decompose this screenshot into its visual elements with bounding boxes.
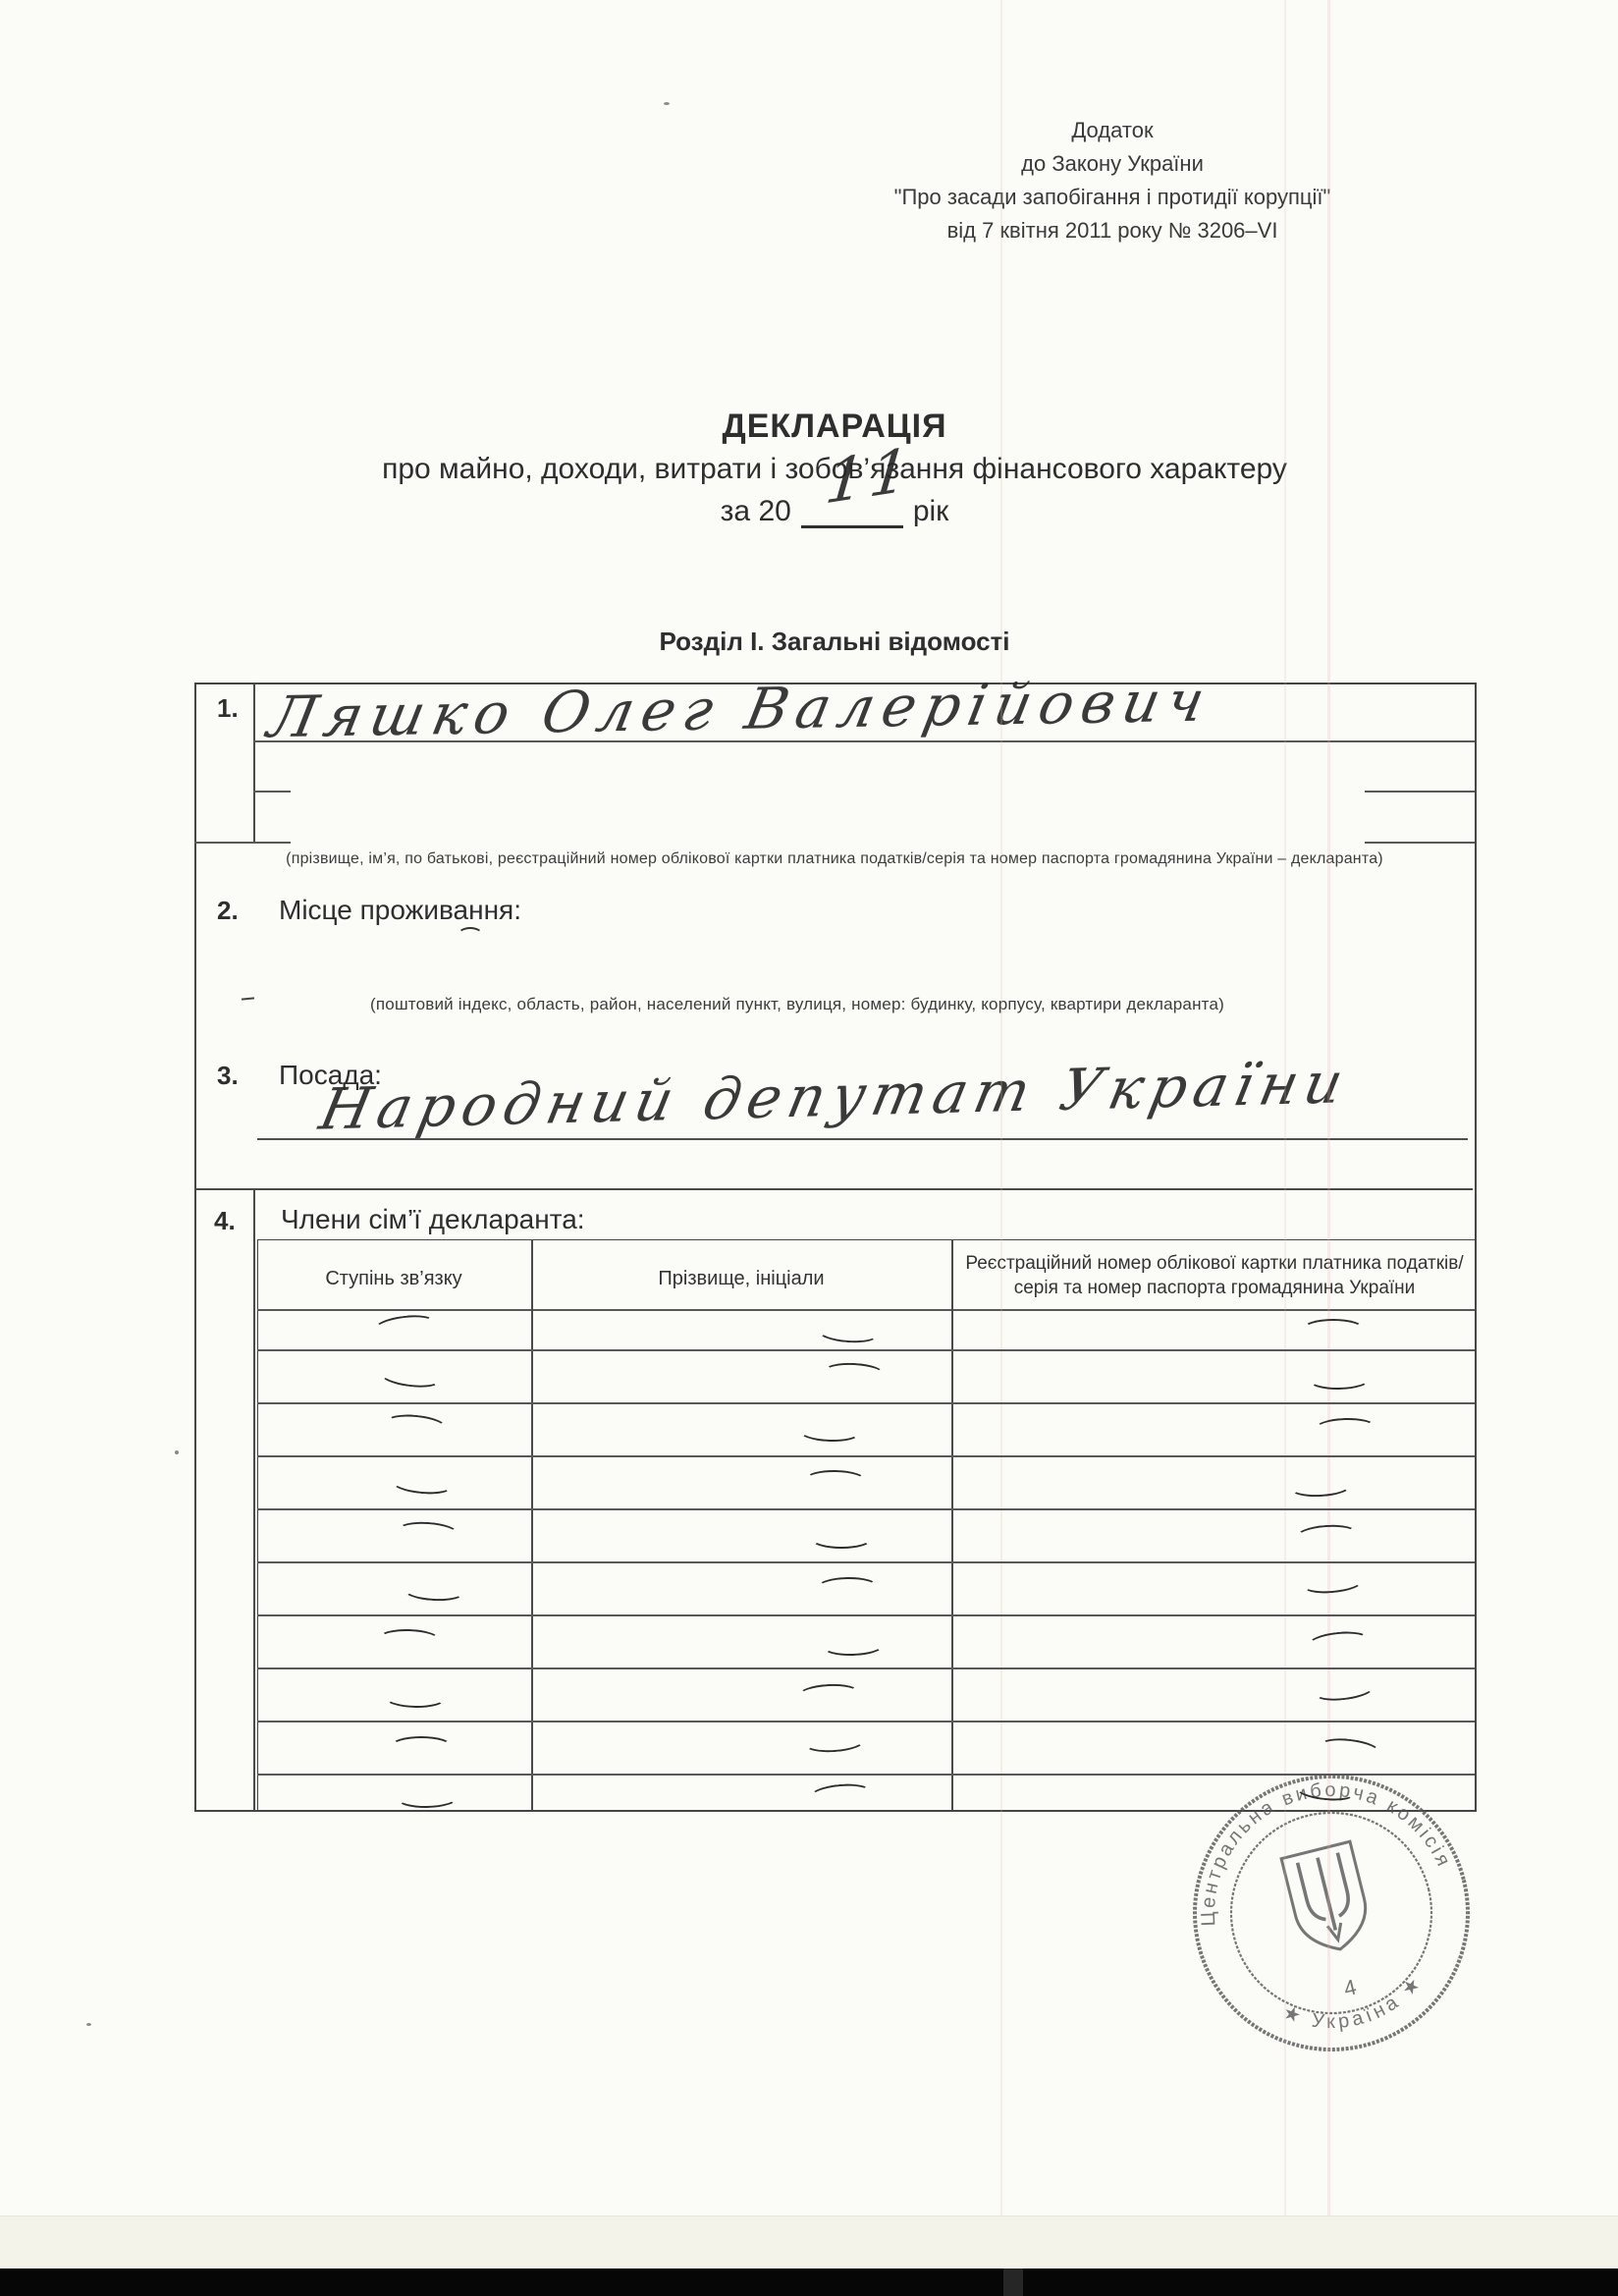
- table-header-bottom-line: [257, 1309, 1475, 1311]
- item1-rule-tick: [1365, 842, 1475, 844]
- item4-number-divider: [253, 1190, 255, 1810]
- annex-line: "Про засади запобігання і протидії коруп…: [837, 181, 1387, 214]
- item1-rule-tick: [1365, 791, 1475, 793]
- year-prefix: за 20: [721, 495, 791, 528]
- table-row-line: [257, 1774, 1475, 1776]
- table-row-line: [257, 1561, 1475, 1563]
- table-header-regnumber-line1: Реєстраційний номер облікової картки пла…: [964, 1251, 1465, 1276]
- item4-top-border: [194, 1188, 1473, 1190]
- item4-label: Члени сім’ї декларанта:: [281, 1204, 585, 1235]
- item4-number: 4.: [214, 1206, 236, 1236]
- item1-rule-tick: [194, 842, 291, 844]
- item1-caption: (прізвище, ім’я, по батькові, реєстрацій…: [269, 850, 1400, 868]
- table-row-line: [257, 1349, 1475, 1351]
- handwritten-cell-dash: [1303, 1319, 1364, 1339]
- scan-speck: [86, 2023, 91, 2026]
- scanned-declaration-page: Додаток до Закону України "Про засади за…: [0, 0, 1618, 2296]
- item3-number: 3.: [217, 1061, 239, 1091]
- year-suffix: рік: [913, 495, 948, 528]
- handwritten-cell-dash: [391, 1736, 452, 1756]
- scan-bar-notch: [1003, 2269, 1023, 2296]
- table-column-divider: [951, 1239, 953, 1810]
- handwritten-year: 11: [823, 434, 917, 519]
- scan-speck: [175, 1450, 179, 1454]
- handwritten-cell-dash: [811, 1529, 872, 1549]
- scanner-streak: [1284, 0, 1286, 2269]
- scanner-streak: [1327, 0, 1330, 2269]
- table-header-surname: Прізвище, ініціали: [614, 1267, 869, 1291]
- table-row-line: [257, 1721, 1475, 1722]
- table-row-line: [257, 1455, 1475, 1457]
- annex-line: Додаток: [837, 114, 1387, 147]
- table-row-line: [257, 1614, 1475, 1616]
- table-column-divider: [531, 1239, 533, 1810]
- section1-heading: Розділ I. Загальні відомості: [167, 627, 1502, 657]
- scan-edge-band: [0, 2215, 1618, 2269]
- item1-rule-tick: [253, 791, 291, 793]
- item1-number-divider: [253, 683, 255, 843]
- document-title: ДЕКЛАРАЦІЯ: [167, 408, 1502, 446]
- table-row-line: [257, 1508, 1475, 1510]
- item2-caption: (поштовий індекс, область, район, населе…: [257, 995, 1337, 1014]
- handwritten-caret-mark: [458, 927, 483, 943]
- item1-number: 1.: [217, 693, 239, 724]
- annex-reference: Додаток до Закону України "Про засади за…: [837, 114, 1387, 247]
- table-row-line: [257, 1402, 1475, 1404]
- item1-rule-line: [253, 740, 1475, 742]
- scan-speck: [664, 102, 670, 105]
- scanner-streak: [1000, 0, 1002, 2269]
- table-header-relation: Ступінь зв’язку: [276, 1267, 512, 1291]
- svg-text:4: 4: [1341, 1975, 1359, 2001]
- table-header-regnumber: Реєстраційний номер облікової картки пла…: [964, 1251, 1465, 1300]
- annex-line: до Закону України: [837, 147, 1387, 181]
- table-header-regnumber-line2: серія та номер паспорта громадянина Укра…: [964, 1276, 1465, 1300]
- table-row-line: [257, 1667, 1475, 1669]
- scan-black-bar: [0, 2269, 1618, 2296]
- item2-label: Місце проживання:: [279, 895, 521, 926]
- svg-text:★ Україна ★: ★ Україна ★: [1275, 1967, 1434, 2048]
- annex-line: від 7 квітня 2011 року № 3206–VI: [837, 214, 1387, 247]
- item2-number: 2.: [217, 896, 239, 926]
- year-blank-line: [801, 516, 903, 528]
